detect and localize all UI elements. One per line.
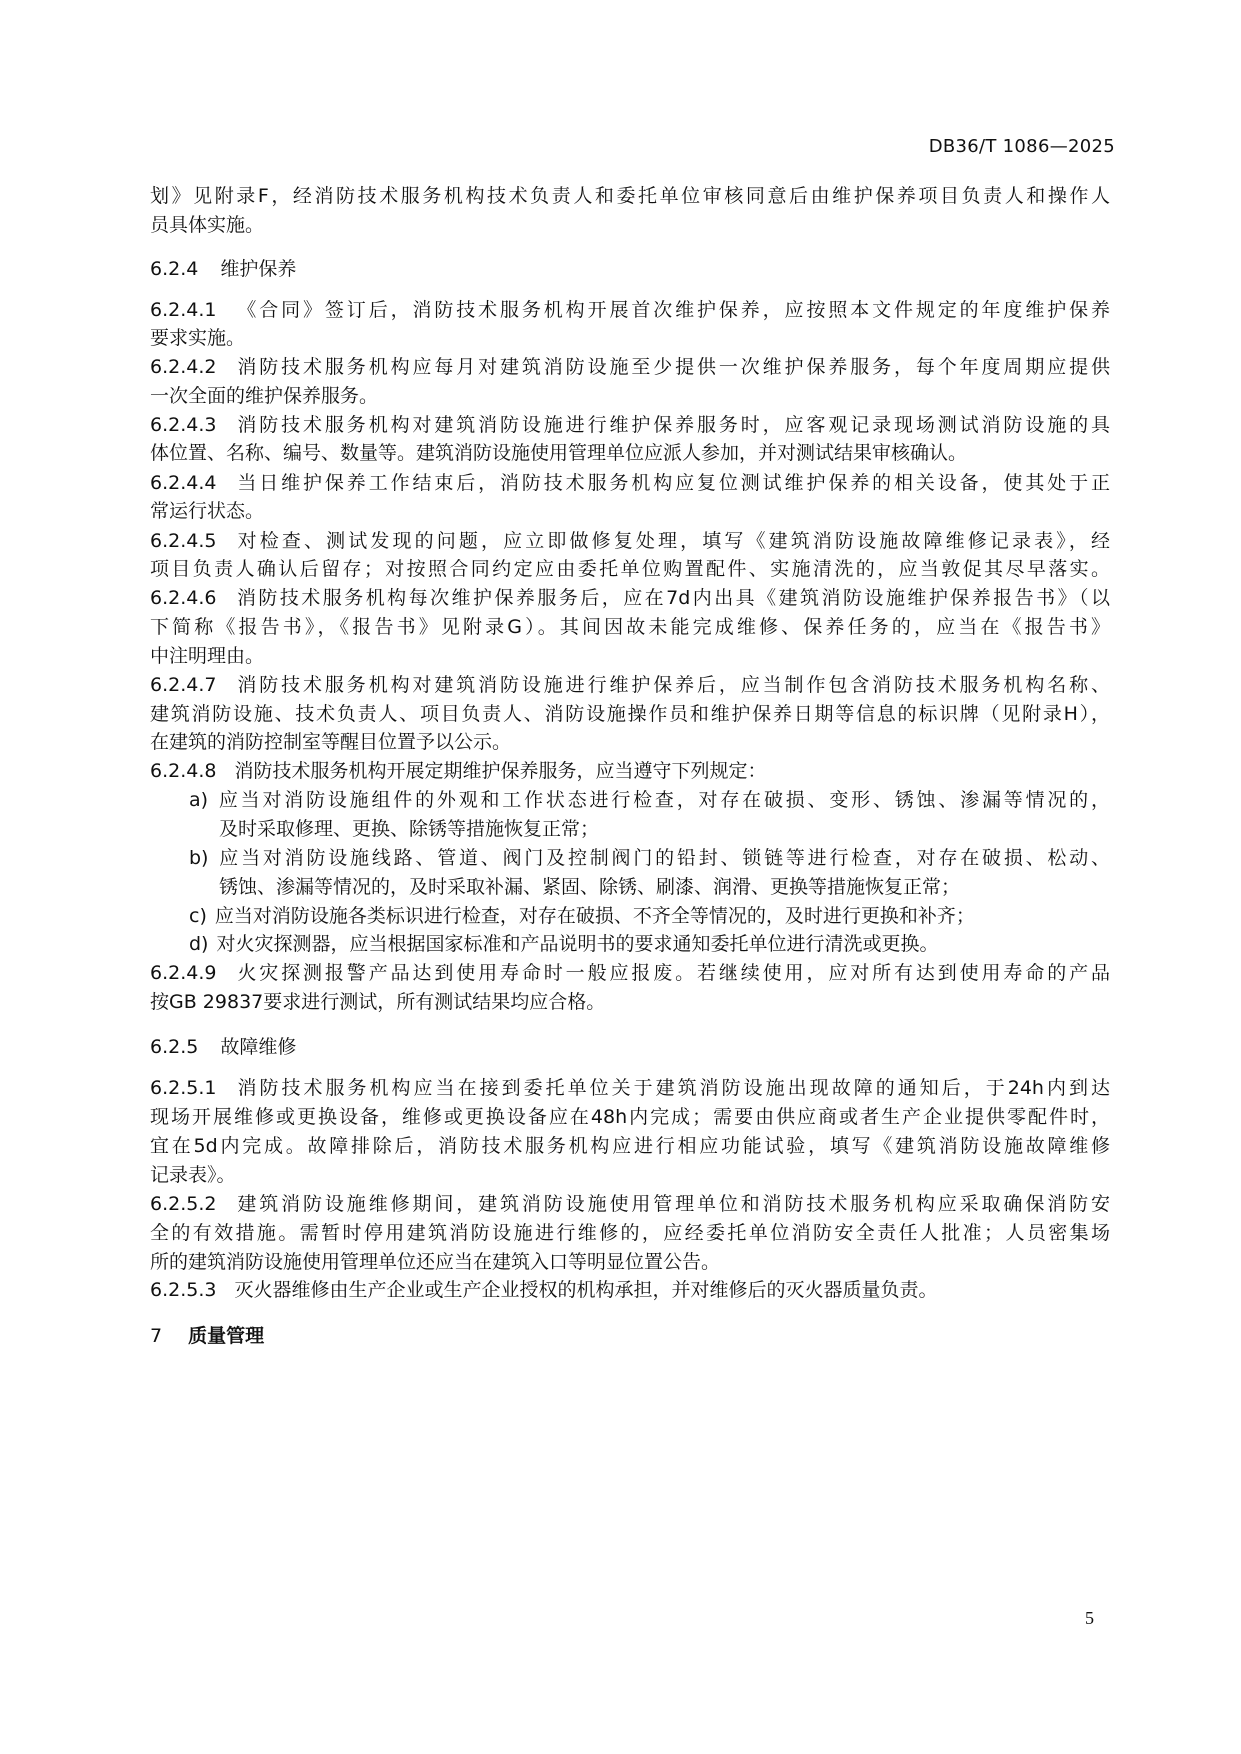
- clause-6-2-5-3: 6.2.5.3灭火器维修由生产企业或生产企业授权的机构承担，并对维修后的灭火器质…: [150, 1278, 1110, 1302]
- list-item-b: b)应当对消防设施线路、管道、阀门及控制阀门的铅封、锁链等进行检查，对存在破损、…: [189, 846, 1110, 870]
- clause-text: 常运行状态。: [150, 499, 1110, 523]
- list-item-d: d)对火灾探测器，应当根据国家标准和产品说明书的要求通知委托单位进行清洗或更换。: [189, 932, 1110, 956]
- clause-number: 6.2.4.1: [150, 298, 216, 322]
- section-heading-6-2-4: 6.2.4维护保养: [150, 257, 296, 281]
- clause-text: 建筑消防设施、技术负责人、项目负责人、消防设施操作员和维护保养日期等信息的标识牌…: [150, 702, 1110, 726]
- clause-text: 对检查、测试发现的问题，应立即做修复处理，填写《建筑消防设施故障维修记录表》，经: [234, 530, 1110, 552]
- clause-6-2-4-4: 6.2.4.4当日维护保养工作结束后，消防技术服务机构应复位测试维护保养的相关设…: [150, 471, 1110, 495]
- chapter-number: 7: [150, 1324, 162, 1348]
- section-number: 6.2.4: [150, 257, 198, 281]
- clause-text: 消防技术服务机构应每月对建筑消防设施至少提供一次维护保养服务，每个年度周期应提供: [234, 356, 1110, 378]
- clause-number: 6.2.4.3: [150, 413, 216, 437]
- clause-text: 按GB 29837要求进行测试，所有测试结果均应合格。: [150, 990, 1110, 1014]
- chapter-title: 质量管理: [188, 1325, 264, 1347]
- page-number: 5: [1085, 1608, 1094, 1629]
- clause-text: 消防技术服务机构对建筑消防设施进行维护保养服务时，应客观记录现场测试消防设施的具: [234, 414, 1110, 436]
- clause-text: 在建筑的消防控制室等醒目位置予以公示。: [150, 730, 1110, 754]
- clause-text: 《合同》签订后，消防技术服务机构开展首次维护保养，应按照本文件规定的年度维护保养: [234, 299, 1110, 321]
- clause-number: 6.2.4.7: [150, 673, 216, 697]
- clause-number: 6.2.4.6: [150, 586, 216, 610]
- clause-6-2-5-1: 6.2.5.1消防技术服务机构应当在接到委托单位关于建筑消防设施出现故障的通知后…: [150, 1076, 1110, 1100]
- list-item-label: c): [189, 905, 207, 927]
- clause-text: 中注明理由。: [150, 644, 1110, 668]
- clause-text: 消防技术服务机构对建筑消防设施进行维护保养后，应当制作包含消防技术服务机构名称、: [234, 674, 1110, 696]
- clause-number: 6.2.5.3: [150, 1278, 216, 1302]
- list-item-text: 应当对消防设施线路、管道、阀门及控制阀门的铅封、锁链等进行检查，对存在破损、松动…: [216, 847, 1110, 869]
- document-code-header: DB36/T 1086—2025: [929, 136, 1115, 157]
- clause-text: 消防技术服务机构每次维护保养服务后，应在7d内出具《建筑消防设施维护保养报告书》…: [234, 587, 1110, 609]
- clause-number: 6.2.5.2: [150, 1192, 216, 1216]
- clause-6-2-4-8: 6.2.4.8消防技术服务机构开展定期维护保养服务，应当遵守下列规定：: [150, 759, 1110, 783]
- clause-text: 记录表》。: [150, 1163, 1110, 1187]
- clause-text: 下简称《报告书》，《报告书》见附录G）。其间因故未能完成维修、保养任务的，应当在…: [150, 615, 1110, 639]
- continuation-line: 划》见附录F，经消防技术服务机构技术负责人和委托单位审核同意后由维护保养项目负责…: [150, 184, 1110, 208]
- section-title: 故障维修: [220, 1036, 296, 1058]
- clause-6-2-4-6: 6.2.4.6消防技术服务机构每次维护保养服务后，应在7d内出具《建筑消防设施维…: [150, 586, 1110, 610]
- clause-text: 全的有效措施。需暂时停用建筑消防设施进行维修的，应经委托单位消防安全责任人批准；…: [150, 1221, 1110, 1245]
- section-heading-6-2-5: 6.2.5故障维修: [150, 1035, 296, 1059]
- clause-text: 火灾探测报警产品达到使用寿命时一般应报废。若继续使用，应对所有达到使用寿命的产品: [234, 962, 1110, 984]
- clause-number: 6.2.5.1: [150, 1076, 216, 1100]
- document-page: DB36/T 1086—2025 划》见附录F，经消防技术服务机构技术负责人和委…: [0, 0, 1241, 1754]
- list-item-text: 应当对消防设施组件的外观和工作状态进行检查，对存在破损、变形、锈蚀、渗漏等情况的…: [216, 789, 1110, 811]
- clause-text: 体位置、名称、编号、数量等。建筑消防设施使用管理单位应派人参加，并对测试结果审核…: [150, 441, 1110, 465]
- continuation-line: 员具体实施。: [150, 213, 1110, 237]
- clause-text: 现场开展维修或更换设备，维修或更换设备应在48h内完成；需要由供应商或者生产企业…: [150, 1105, 1110, 1129]
- list-item-a: a)应当对消防设施组件的外观和工作状态进行检查，对存在破损、变形、锈蚀、渗漏等情…: [189, 788, 1110, 812]
- clause-text: 宜在5d内完成。故障排除后，消防技术服务机构应进行相应功能试验，填写《建筑消防设…: [150, 1134, 1110, 1158]
- chapter-heading-7: 7质量管理: [150, 1324, 264, 1348]
- clause-text: 消防技术服务机构开展定期维护保养服务，应当遵守下列规定：: [234, 760, 766, 782]
- list-item-label: d): [189, 933, 208, 955]
- clause-number: 6.2.4.8: [150, 759, 216, 783]
- list-item-text: 锈蚀、渗漏等情况的，及时采取补漏、紧固、除锈、刷漆、润滑、更换等措施恢复正常；: [219, 875, 1110, 899]
- clause-6-2-5-2: 6.2.5.2建筑消防设施维修期间，建筑消防设施使用管理单位和消防技术服务机构应…: [150, 1192, 1110, 1216]
- clause-text: 当日维护保养工作结束后，消防技术服务机构应复位测试维护保养的相关设备，使其处于正: [234, 472, 1110, 494]
- clause-text: 项目负责人确认后留存；对按照合同约定应由委托单位购置配件、实施清洗的，应当敦促其…: [150, 557, 1110, 581]
- clause-number: 6.2.4.5: [150, 529, 216, 553]
- clause-text: 一次全面的维护保养服务。: [150, 384, 1110, 408]
- clause-6-2-4-5: 6.2.4.5对检查、测试发现的问题，应立即做修复处理，填写《建筑消防设施故障维…: [150, 529, 1110, 553]
- clause-6-2-4-1: 6.2.4.1《合同》签订后，消防技术服务机构开展首次维护保养，应按照本文件规定…: [150, 298, 1110, 322]
- clause-6-2-4-2: 6.2.4.2消防技术服务机构应每月对建筑消防设施至少提供一次维护保养服务，每个…: [150, 355, 1110, 379]
- clause-6-2-4-9: 6.2.4.9火灾探测报警产品达到使用寿命时一般应报废。若继续使用，应对所有达到…: [150, 961, 1110, 985]
- clause-number: 6.2.4.9: [150, 961, 216, 985]
- clause-6-2-4-3: 6.2.4.3消防技术服务机构对建筑消防设施进行维护保养服务时，应客观记录现场测…: [150, 413, 1110, 437]
- list-item-text: 及时采取修理、更换、除锈等措施恢复正常；: [219, 817, 1110, 841]
- clause-6-2-4-7: 6.2.4.7消防技术服务机构对建筑消防设施进行维护保养后，应当制作包含消防技术…: [150, 673, 1110, 697]
- clause-text: 所的建筑消防设施使用管理单位还应当在建筑入口等明显位置公告。: [150, 1250, 1110, 1274]
- clause-text: 消防技术服务机构应当在接到委托单位关于建筑消防设施出现故障的通知后，于24h内到…: [234, 1077, 1110, 1099]
- list-item-text: 应当对消防设施各类标识进行检查，对存在破损、不齐全等情况的，及时进行更换和补齐；: [215, 905, 975, 927]
- clause-number: 6.2.4.4: [150, 471, 216, 495]
- list-item-text: 对火灾探测器，应当根据国家标准和产品说明书的要求通知委托单位进行清洗或更换。: [216, 933, 938, 955]
- section-number: 6.2.5: [150, 1035, 198, 1059]
- section-title: 维护保养: [220, 258, 296, 280]
- clause-number: 6.2.4.2: [150, 355, 216, 379]
- clause-text: 建筑消防设施维修期间，建筑消防设施使用管理单位和消防技术服务机构应采取确保消防安: [234, 1193, 1110, 1215]
- list-item-label: b): [189, 847, 208, 869]
- list-item-c: c)应当对消防设施各类标识进行检查，对存在破损、不齐全等情况的，及时进行更换和补…: [189, 904, 1110, 928]
- clause-text: 要求实施。: [150, 326, 1110, 350]
- clause-text: 灭火器维修由生产企业或生产企业授权的机构承担，并对维修后的灭火器质量负责。: [234, 1279, 937, 1301]
- list-item-label: a): [189, 789, 208, 811]
